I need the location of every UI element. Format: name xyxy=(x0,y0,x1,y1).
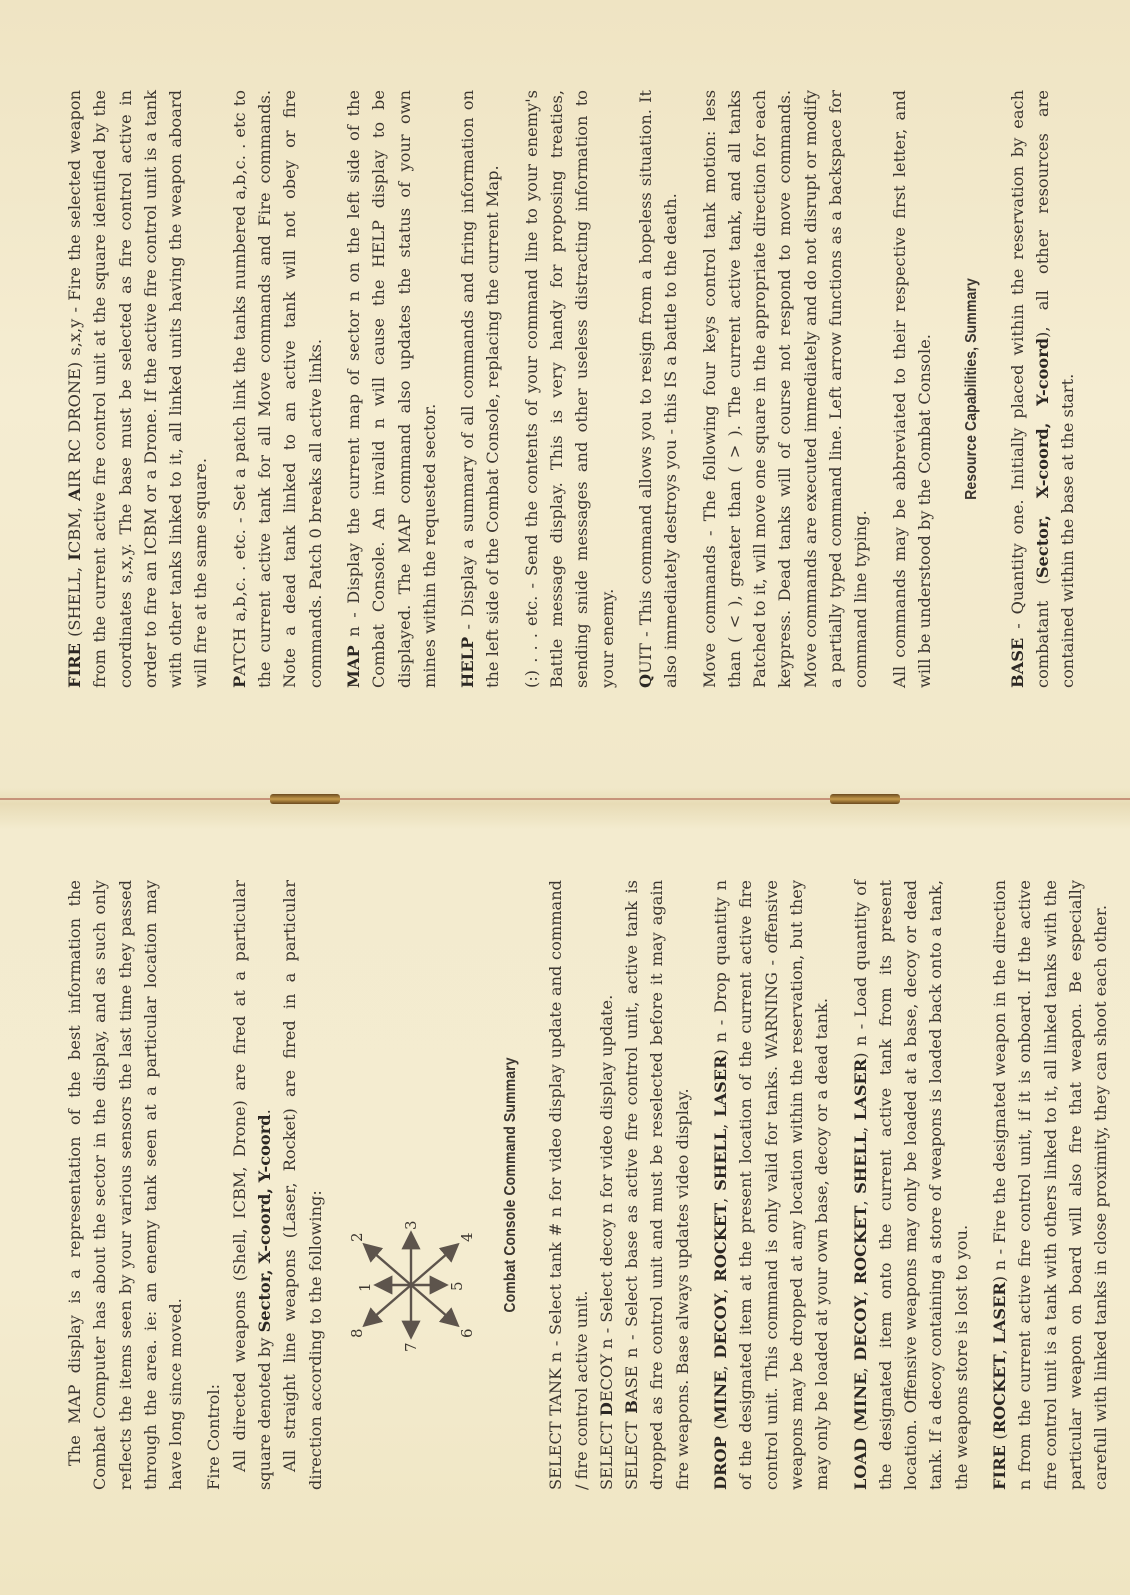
map-command: MAP n - Display the current map of secto… xyxy=(341,90,442,688)
compass-label-7: 7 xyxy=(402,1342,420,1352)
select-decoy-command: SELECT DECOY n - Select decoy n for vide… xyxy=(594,880,619,1490)
booklet-spine xyxy=(0,798,1130,800)
directed-weapons-paragraph: All directed weapons (Shell, ICBM, Drone… xyxy=(227,880,278,1490)
compass-label-6: 6 xyxy=(458,1328,476,1338)
patch-command: PATCH a,b,c. . etc. - Set a patch link t… xyxy=(227,90,328,688)
booklet-spread: The MAP display is a representation of t… xyxy=(0,0,1130,1595)
fire-control-label: Fire Control: xyxy=(201,880,226,1490)
compass-label-5: 5 xyxy=(448,1281,466,1291)
message-command: (:) . . . etc. - Send the contents of yo… xyxy=(519,90,620,688)
base-resource-paragraph: BASE - Quantity one. Initially placed wi… xyxy=(1005,90,1081,688)
move-commands-paragraph: Move commands - The following four keys … xyxy=(697,90,874,688)
map-display-paragraph: The MAP display is a representation of t… xyxy=(62,880,188,1490)
fire-target-command: FIRE (SHELL, ICBM, AIR RC DRONE) s,x,y -… xyxy=(62,90,214,688)
compass-label-1: 1 xyxy=(356,1282,374,1292)
straight-line-weapons-paragraph: All straight line weapons (Laser, Rocket… xyxy=(277,880,328,1490)
compass-label-4: 4 xyxy=(458,1232,476,1242)
direction-compass-icon: 1 2 3 4 5 6 7 8 xyxy=(346,1210,476,1360)
compass-label-8: 8 xyxy=(348,1328,366,1338)
load-command: LOAD (MINE, DECOY, ROCKET, SHELL, LASER)… xyxy=(848,880,974,1490)
select-base-command: SELECT BASE n - Select base as active fi… xyxy=(619,880,695,1490)
help-command: HELP - Display a summary of all commands… xyxy=(455,90,506,688)
abbreviation-paragraph: All commands may be abbreviated to their… xyxy=(887,90,938,688)
fire-direction-command: FIRE (ROCKET, LASER) n - Fire the design… xyxy=(987,880,1113,1490)
quit-command: QUIT - This command allows you to resign… xyxy=(633,90,684,688)
compass-label-2: 2 xyxy=(348,1232,366,1242)
resource-summary-heading: Resource Capabilities, Summary xyxy=(959,126,984,652)
left-page: The MAP display is a representation of t… xyxy=(0,800,1130,1595)
right-page: FIRE (SHELL, ICBM, AIR RC DRONE) s,x,y -… xyxy=(0,0,1130,798)
command-summary-heading: Combat Console Command Summary xyxy=(498,917,523,1454)
drop-command: DROP (MINE, DECOY, ROCKET, SHELL, LASER)… xyxy=(708,880,834,1490)
select-tank-command: SELECT TANK n - Select tank # n for vide… xyxy=(543,880,594,1490)
compass-label-3: 3 xyxy=(402,1220,420,1230)
